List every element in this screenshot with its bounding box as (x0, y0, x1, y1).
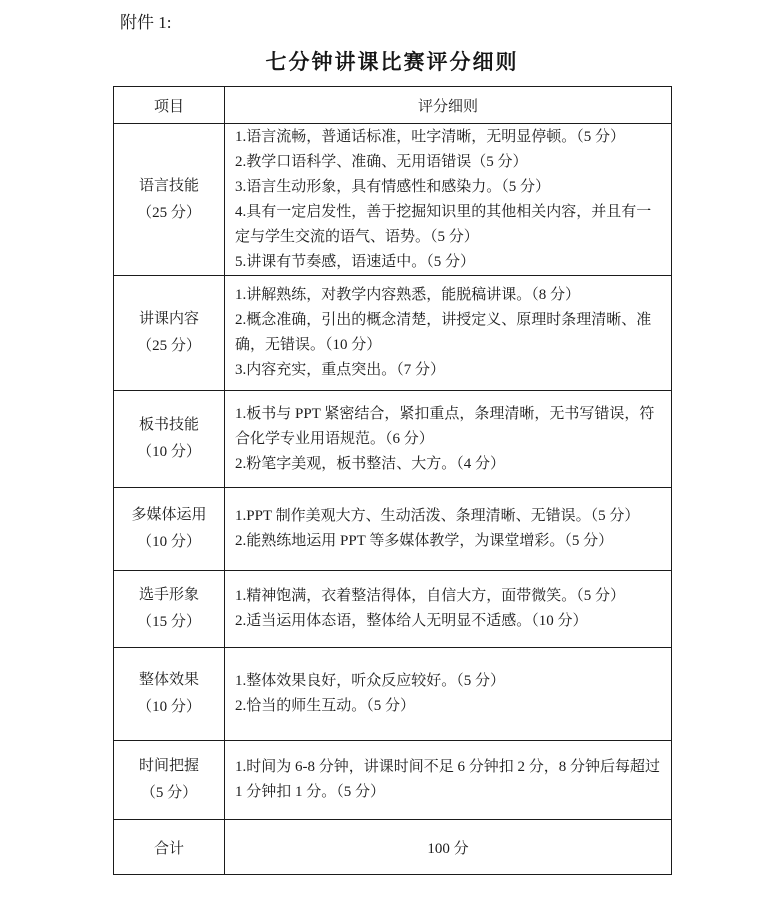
item-name: 选手形象 (114, 582, 224, 609)
criteria-item: 2.粉笔字美观，板书整洁、大方。（4 分） (235, 452, 661, 477)
criteria-item: 1.板书与 PPT 紧密结合，紧扣重点，条理清晰，无书写错误，符合化学专业用语规… (235, 402, 661, 452)
item-label: 选手形象 （15 分） (114, 582, 224, 636)
item-score: （10 分） (114, 529, 224, 556)
item-name: 整体效果 (114, 667, 224, 694)
item-label: 多媒体运用 （10 分） (114, 502, 224, 556)
criteria-cell: 1.讲解熟练，对教学内容熟悉，能脱稿讲课。（8 分） 2.概念准确，引出的概念清… (225, 276, 672, 391)
criteria-item: 1.讲解熟练，对教学内容熟悉，能脱稿讲课。（8 分） (235, 283, 661, 308)
item-label: 时间把握 （5 分） (114, 753, 224, 807)
criteria-item: 1.整体效果良好，听众反应较好。（5 分） (235, 669, 661, 694)
table-row-lecture-content: 讲课内容 （25 分） 1.讲解熟练，对教学内容熟悉，能脱稿讲课。（8 分） 2… (114, 276, 672, 391)
criteria-cell: 1.精神饱满，衣着整洁得体，自信大方，面带微笑。（5 分） 2.适当运用体态语，… (225, 571, 672, 648)
column-header-criteria: 评分细则 (225, 87, 672, 124)
total-label: 合计 (114, 820, 225, 875)
criteria-cell: 1.时间为 6-8 分钟，讲课时间不足 6 分钟扣 2 分，8 分钟后每超过 1… (225, 741, 672, 820)
item-cell: 整体效果 （10 分） (114, 648, 225, 741)
item-score: （25 分） (114, 200, 224, 227)
criteria-item: 1.精神饱满，衣着整洁得体，自信大方，面带微笑。（5 分） (235, 584, 661, 609)
item-score: （10 分） (114, 694, 224, 721)
scoring-rubric-table: 项目 评分细则 语言技能 （25 分） 1.语言流畅，普通话标准，吐字清晰，无明… (113, 86, 672, 875)
criteria-item: 4.具有一定启发性，善于挖掘知识里的其他相关内容，并且有一定与学生交流的语气、语… (235, 200, 661, 250)
item-score: （10 分） (114, 439, 224, 466)
item-cell: 语言技能 （25 分） (114, 124, 225, 276)
table-header-row: 项目 评分细则 (114, 87, 672, 124)
criteria-item: 1.时间为 6-8 分钟，讲课时间不足 6 分钟扣 2 分，8 分钟后每超过 1… (235, 755, 661, 805)
criteria-item: 2.概念准确，引出的概念清楚，讲授定义、原理时条理清晰、准确，无错误。（10 分… (235, 308, 661, 358)
table-row-overall-effect: 整体效果 （10 分） 1.整体效果良好，听众反应较好。（5 分） 2.恰当的师… (114, 648, 672, 741)
item-score: （25 分） (114, 333, 224, 360)
table-row-multimedia-use: 多媒体运用 （10 分） 1.PPT 制作美观大方、生动活泼、条理清晰、无错误。… (114, 488, 672, 571)
criteria-item: 1.PPT 制作美观大方、生动活泼、条理清晰、无错误。（5 分） (235, 504, 661, 529)
item-name: 多媒体运用 (114, 502, 224, 529)
criteria-item: 3.内容充实，重点突出。（7 分） (235, 358, 661, 383)
item-cell: 时间把握 （5 分） (114, 741, 225, 820)
item-label: 讲课内容 （25 分） (114, 306, 224, 360)
total-value: 100 分 (225, 820, 672, 875)
criteria-item: 2.适当运用体态语，整体给人无明显不适感。（10 分） (235, 609, 661, 634)
item-score: （5 分） (114, 780, 224, 807)
criteria-item: 1.语言流畅，普通话标准，吐字清晰，无明显停顿。（5 分） (235, 125, 661, 150)
table-row-time-control: 时间把握 （5 分） 1.时间为 6-8 分钟，讲课时间不足 6 分钟扣 2 分… (114, 741, 672, 820)
criteria-cell: 1.整体效果良好，听众反应较好。（5 分） 2.恰当的师生互动。（5 分） (225, 648, 672, 741)
item-label: 板书技能 （10 分） (114, 412, 224, 466)
item-cell: 板书技能 （10 分） (114, 391, 225, 488)
table-row-total: 合计 100 分 (114, 820, 672, 875)
item-cell: 选手形象 （15 分） (114, 571, 225, 648)
item-label: 整体效果 （10 分） (114, 667, 224, 721)
column-header-item: 项目 (114, 87, 225, 124)
criteria-cell: 1.PPT 制作美观大方、生动活泼、条理清晰、无错误。（5 分） 2.能熟练地运… (225, 488, 672, 571)
criteria-cell: 1.板书与 PPT 紧密结合，紧扣重点，条理清晰，无书写错误，符合化学专业用语规… (225, 391, 672, 488)
item-name: 讲课内容 (114, 306, 224, 333)
table-row-contestant-image: 选手形象 （15 分） 1.精神饱满，衣着整洁得体，自信大方，面带微笑。（5 分… (114, 571, 672, 648)
criteria-item: 2.恰当的师生互动。（5 分） (235, 694, 661, 719)
criteria-item: 2.能熟练地运用 PPT 等多媒体教学，为课堂增彩。（5 分） (235, 529, 661, 554)
item-score: （15 分） (114, 609, 224, 636)
table-row-language-skills: 语言技能 （25 分） 1.语言流畅，普通话标准，吐字清晰，无明显停顿。（5 分… (114, 124, 672, 276)
item-name: 时间把握 (114, 753, 224, 780)
page-title: 七分钟讲课比赛评分细则 (0, 49, 784, 76)
document-page: 附件 1: 七分钟讲课比赛评分细则 项目 评分细则 语言技能 （25 分） 1.… (0, 0, 784, 899)
item-name: 板书技能 (114, 412, 224, 439)
table-row-blackboard-skills: 板书技能 （10 分） 1.板书与 PPT 紧密结合，紧扣重点，条理清晰，无书写… (114, 391, 672, 488)
item-cell: 讲课内容 （25 分） (114, 276, 225, 391)
criteria-item: 2.教学口语科学、准确、无用语错误（5 分） (235, 150, 661, 175)
item-cell: 多媒体运用 （10 分） (114, 488, 225, 571)
criteria-item: 5.讲课有节奏感，语速适中。（5 分） (235, 250, 661, 275)
item-label: 语言技能 （25 分） (114, 173, 224, 227)
item-name: 语言技能 (114, 173, 224, 200)
criteria-item: 3.语言生动形象，具有情感性和感染力。（5 分） (235, 175, 661, 200)
criteria-cell: 1.语言流畅，普通话标准，吐字清晰，无明显停顿。（5 分） 2.教学口语科学、准… (225, 124, 672, 276)
attachment-label: 附件 1: (120, 0, 784, 34)
